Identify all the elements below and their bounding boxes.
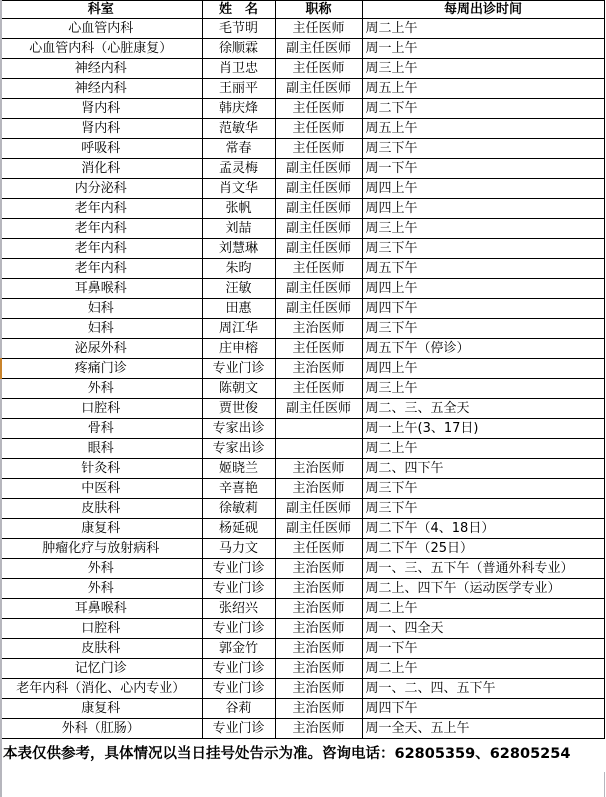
cell-title: 主治医师 bbox=[275, 579, 362, 599]
table-row: 康复科 谷莉 主治医师 周四下午 bbox=[0, 699, 604, 719]
cell-time: 周三下午 bbox=[362, 319, 604, 339]
table-row: 消化科 孟灵梅 副主任医师 周一下午 bbox=[0, 159, 604, 179]
cell-title: 主治医师 bbox=[275, 639, 362, 659]
cell-name: 专业门诊 bbox=[202, 359, 275, 379]
cell-time: 周二上午 bbox=[362, 19, 604, 39]
cell-time: 周一上午(3、17日) bbox=[362, 419, 604, 439]
table-row: 口腔科 贾世俊 副主任医师 周二、三、五全天 bbox=[0, 399, 604, 419]
cell-department: 老年内科（消化、心内专业） bbox=[0, 679, 202, 699]
cell-time: 周一、三、五下午（普通外科专业） bbox=[362, 559, 604, 579]
cell-title: 主治医师 bbox=[275, 599, 362, 619]
cell-title: 主治医师 bbox=[275, 699, 362, 719]
cell-department: 外科 bbox=[0, 559, 202, 579]
table-row: 泌尿外科 庄申榕 主任医师 周五下午（停诊） bbox=[0, 339, 604, 359]
cell-name: 庄申榕 bbox=[202, 339, 275, 359]
cell-time: 周二、四下午 bbox=[362, 459, 604, 479]
table-row: 神经内科 肖卫忠 主任医师 周三上午 bbox=[0, 59, 604, 79]
cell-department: 口腔科 bbox=[0, 399, 202, 419]
cell-department: 老年内科 bbox=[0, 259, 202, 279]
cell-title: 副主任医师 bbox=[275, 199, 362, 219]
table-row: 肾内科 韩庆烽 主任医师 周二下午 bbox=[0, 99, 604, 119]
cell-department: 口腔科 bbox=[0, 619, 202, 639]
cell-time: 周四上午 bbox=[362, 179, 604, 199]
cell-time: 周二上午 bbox=[362, 599, 604, 619]
table-row: 中医科 辛喜艳 主治医师 周三下午 bbox=[0, 479, 604, 499]
table-row: 疼痛门诊 专业门诊 主治医师 周四上午 bbox=[0, 359, 604, 379]
cell-time: 周四下午 bbox=[362, 699, 604, 719]
cell-title: 主任医师 bbox=[275, 59, 362, 79]
cell-time: 周四下午 bbox=[362, 299, 604, 319]
table-row: 骨科 专家出诊 周一上午(3、17日) bbox=[0, 419, 604, 439]
cell-name: 肖卫忠 bbox=[202, 59, 275, 79]
cell-department: 外科 bbox=[0, 579, 202, 599]
cell-name: 姬晓兰 bbox=[202, 459, 275, 479]
cell-department: 内分泌科 bbox=[0, 179, 202, 199]
footer-note: 本表仅供参考，具体情况以当日挂号处告示为准。咨询电话：62805359、6280… bbox=[0, 739, 606, 763]
table-row: 皮肤科 徐敏莉 副主任医师 周三下午 bbox=[0, 499, 604, 519]
cell-name: 肖文华 bbox=[202, 179, 275, 199]
row-marker bbox=[0, 358, 2, 379]
cell-name: 田惠 bbox=[202, 299, 275, 319]
cell-title: 副主任医师 bbox=[275, 219, 362, 239]
cell-name: 辛喜艳 bbox=[202, 479, 275, 499]
header-name: 姓 名 bbox=[202, 1, 275, 19]
cell-title: 主治医师 bbox=[275, 679, 362, 699]
cell-department: 外科 bbox=[0, 379, 202, 399]
table-row: 妇科 田惠 副主任医师 周四下午 bbox=[0, 299, 604, 319]
cell-name: 周江华 bbox=[202, 319, 275, 339]
cell-title: 主治医师 bbox=[275, 559, 362, 579]
cell-time: 周二、三、五全天 bbox=[362, 399, 604, 419]
cell-department: 皮肤科 bbox=[0, 639, 202, 659]
cell-department: 肾内科 bbox=[0, 99, 202, 119]
cell-department: 皮肤科 bbox=[0, 499, 202, 519]
table-row: 老年内科 刘慧琳 副主任医师 周三下午 bbox=[0, 239, 604, 259]
table-row: 外科 专业门诊 主治医师 周二上、四下午（运动医学专业） bbox=[0, 579, 604, 599]
cell-department: 眼科 bbox=[0, 439, 202, 459]
cell-name: 张绍兴 bbox=[202, 599, 275, 619]
cell-name: 贾世俊 bbox=[202, 399, 275, 419]
cell-time: 周一、四全天 bbox=[362, 619, 604, 639]
table-row: 肿瘤化疗与放射病科 马力文 主任医师 周二下午（25日） bbox=[0, 539, 604, 559]
cell-name: 韩庆烽 bbox=[202, 99, 275, 119]
table-row: 耳鼻喉科 张绍兴 主治医师 周二上午 bbox=[0, 599, 604, 619]
cell-title: 主任医师 bbox=[275, 119, 362, 139]
cell-title bbox=[275, 419, 362, 439]
cell-department: 消化科 bbox=[0, 159, 202, 179]
cell-name: 王丽平 bbox=[202, 79, 275, 99]
cell-title: 主治医师 bbox=[275, 359, 362, 379]
cell-time: 周三下午 bbox=[362, 239, 604, 259]
table-row: 老年内科（消化、心内专业） 专业门诊 主治医师 周一、二、四、五下午 bbox=[0, 679, 604, 699]
cell-time: 周五下午 bbox=[362, 259, 604, 279]
cell-time: 周一、二、四、五下午 bbox=[362, 679, 604, 699]
cell-time: 周三下午 bbox=[362, 479, 604, 499]
cell-time: 周二下午（25日） bbox=[362, 539, 604, 559]
cell-time: 周三下午 bbox=[362, 499, 604, 519]
cell-time: 周三下午 bbox=[362, 139, 604, 159]
cell-name: 专家出诊 bbox=[202, 419, 275, 439]
cell-department: 呼吸科 bbox=[0, 139, 202, 159]
table-row: 心血管内科 毛节明 主任医师 周二上午 bbox=[0, 19, 604, 39]
cell-title: 副主任医师 bbox=[275, 519, 362, 539]
cell-title: 主治医师 bbox=[275, 719, 362, 739]
table-row: 眼科 专家出诊 周二上午 bbox=[0, 439, 604, 459]
cell-title: 副主任医师 bbox=[275, 499, 362, 519]
cell-name: 常春 bbox=[202, 139, 275, 159]
cell-department: 肾内科 bbox=[0, 119, 202, 139]
cell-title: 主治医师 bbox=[275, 619, 362, 639]
cell-time: 周四上午 bbox=[362, 359, 604, 379]
cell-time: 周二上午 bbox=[362, 659, 604, 679]
cell-title: 主任医师 bbox=[275, 259, 362, 279]
cell-title: 副主任医师 bbox=[275, 399, 362, 419]
cell-department: 心血管内科（心脏康复） bbox=[0, 39, 202, 59]
cell-department: 康复科 bbox=[0, 519, 202, 539]
cell-title: 副主任医师 bbox=[275, 239, 362, 259]
cell-title: 副主任医师 bbox=[275, 39, 362, 59]
cell-time: 周五上午 bbox=[362, 119, 604, 139]
sheet-right-edge bbox=[604, 772, 605, 797]
header-time: 每周出诊时间 bbox=[362, 1, 604, 19]
cell-name: 汪敏 bbox=[202, 279, 275, 299]
cell-time: 周三上午 bbox=[362, 219, 604, 239]
table-row: 口腔科 专业门诊 主治医师 周一、四全天 bbox=[0, 619, 604, 639]
cell-name: 张帆 bbox=[202, 199, 275, 219]
table-row: 外科 专业门诊 主治医师 周一、三、五下午（普通外科专业） bbox=[0, 559, 604, 579]
cell-time: 周一全天、五上午 bbox=[362, 719, 604, 739]
cell-department: 中医科 bbox=[0, 479, 202, 499]
cell-name: 谷莉 bbox=[202, 699, 275, 719]
cell-name: 毛节明 bbox=[202, 19, 275, 39]
cell-name: 马力文 bbox=[202, 539, 275, 559]
cell-title: 主任医师 bbox=[275, 339, 362, 359]
header-department: 科室 bbox=[0, 1, 202, 19]
cell-name: 专业门诊 bbox=[202, 659, 275, 679]
cell-department: 针灸科 bbox=[0, 459, 202, 479]
cell-title: 主治医师 bbox=[275, 459, 362, 479]
table-row: 肾内科 范敏华 主任医师 周五上午 bbox=[0, 119, 604, 139]
table-row: 皮肤科 郭金竹 主治医师 周一下午 bbox=[0, 639, 604, 659]
header-row: 科室 姓 名 职称 每周出诊时间 bbox=[0, 1, 604, 19]
cell-department: 老年内科 bbox=[0, 239, 202, 259]
cell-name: 孟灵梅 bbox=[202, 159, 275, 179]
cell-name: 专业门诊 bbox=[202, 719, 275, 739]
cell-time: 周四上午 bbox=[362, 199, 604, 219]
cell-name: 范敏华 bbox=[202, 119, 275, 139]
cell-title: 主任医师 bbox=[275, 99, 362, 119]
cell-department: 耳鼻喉科 bbox=[0, 599, 202, 619]
cell-department: 泌尿外科 bbox=[0, 339, 202, 359]
doctor-schedule-table: 科室 姓 名 职称 每周出诊时间 心血管内科 毛节明 主任医师 周二上午 心血管… bbox=[0, 0, 605, 739]
cell-time: 周一上午 bbox=[362, 39, 604, 59]
schedule-sheet: 科室 姓 名 职称 每周出诊时间 心血管内科 毛节明 主任医师 周二上午 心血管… bbox=[0, 0, 606, 797]
table-row: 记忆门诊 专业门诊 主治医师 周二上午 bbox=[0, 659, 604, 679]
cell-department: 妇科 bbox=[0, 299, 202, 319]
sheet-left-edge bbox=[0, 0, 2, 797]
cell-title: 主任医师 bbox=[275, 19, 362, 39]
cell-time: 周四上午 bbox=[362, 279, 604, 299]
cell-title: 主治医师 bbox=[275, 319, 362, 339]
table-row: 神经内科 王丽平 副主任医师 周五上午 bbox=[0, 79, 604, 99]
cell-name: 陈朝文 bbox=[202, 379, 275, 399]
cell-department: 疼痛门诊 bbox=[0, 359, 202, 379]
cell-name: 郭金竹 bbox=[202, 639, 275, 659]
cell-title: 主治医师 bbox=[275, 479, 362, 499]
cell-name: 专业门诊 bbox=[202, 619, 275, 639]
cell-time: 周二下午 bbox=[362, 99, 604, 119]
cell-time: 周三上午 bbox=[362, 379, 604, 399]
cell-name: 徐顺霖 bbox=[202, 39, 275, 59]
cell-title: 副主任医师 bbox=[275, 279, 362, 299]
cell-title: 副主任医师 bbox=[275, 179, 362, 199]
header-title: 职称 bbox=[275, 1, 362, 19]
cell-title: 主任医师 bbox=[275, 539, 362, 559]
cell-time: 周五下午（停诊） bbox=[362, 339, 604, 359]
cell-title: 副主任医师 bbox=[275, 79, 362, 99]
cell-department: 记忆门诊 bbox=[0, 659, 202, 679]
cell-name: 专业门诊 bbox=[202, 559, 275, 579]
cell-name: 专家出诊 bbox=[202, 439, 275, 459]
cell-time: 周三上午 bbox=[362, 59, 604, 79]
cell-name: 刘喆 bbox=[202, 219, 275, 239]
cell-department: 神经内科 bbox=[0, 79, 202, 99]
cell-department: 心血管内科 bbox=[0, 19, 202, 39]
cell-title: 主任医师 bbox=[275, 139, 362, 159]
cell-department: 老年内科 bbox=[0, 199, 202, 219]
cell-department: 神经内科 bbox=[0, 59, 202, 79]
table-row: 外科 陈朝文 主任医师 周三上午 bbox=[0, 379, 604, 399]
cell-time: 周一下午 bbox=[362, 639, 604, 659]
cell-name: 刘慧琳 bbox=[202, 239, 275, 259]
cell-title: 主治医师 bbox=[275, 659, 362, 679]
cell-department: 肿瘤化疗与放射病科 bbox=[0, 539, 202, 559]
table-row: 耳鼻喉科 汪敏 副主任医师 周四上午 bbox=[0, 279, 604, 299]
table-row: 外科（肛肠） 专业门诊 主治医师 周一全天、五上午 bbox=[0, 719, 604, 739]
cell-name: 朱昀 bbox=[202, 259, 275, 279]
cell-department: 妇科 bbox=[0, 319, 202, 339]
cell-time: 周五上午 bbox=[362, 79, 604, 99]
table-row: 老年内科 刘喆 副主任医师 周三上午 bbox=[0, 219, 604, 239]
table-row: 老年内科 朱昀 主任医师 周五下午 bbox=[0, 259, 604, 279]
table-row: 心血管内科（心脏康复） 徐顺霖 副主任医师 周一上午 bbox=[0, 39, 604, 59]
cell-department: 老年内科 bbox=[0, 219, 202, 239]
cell-time: 周一下午 bbox=[362, 159, 604, 179]
cell-time: 周二下午（4、18日） bbox=[362, 519, 604, 539]
cell-department: 康复科 bbox=[0, 699, 202, 719]
table-row: 针灸科 姬晓兰 主治医师 周二、四下午 bbox=[0, 459, 604, 479]
cell-name: 杨延砚 bbox=[202, 519, 275, 539]
cell-title bbox=[275, 439, 362, 459]
table-row: 内分泌科 肖文华 副主任医师 周四上午 bbox=[0, 179, 604, 199]
table-row: 老年内科 张帆 副主任医师 周四上午 bbox=[0, 199, 604, 219]
cell-name: 徐敏莉 bbox=[202, 499, 275, 519]
cell-name: 专业门诊 bbox=[202, 579, 275, 599]
table-row: 妇科 周江华 主治医师 周三下午 bbox=[0, 319, 604, 339]
table-row: 康复科 杨延砚 副主任医师 周二下午（4、18日） bbox=[0, 519, 604, 539]
cell-department: 骨科 bbox=[0, 419, 202, 439]
cell-time: 周二上、四下午（运动医学专业） bbox=[362, 579, 604, 599]
cell-name: 专业门诊 bbox=[202, 679, 275, 699]
table-row: 呼吸科 常春 主任医师 周三下午 bbox=[0, 139, 604, 159]
cell-title: 主任医师 bbox=[275, 379, 362, 399]
cell-title: 副主任医师 bbox=[275, 299, 362, 319]
cell-department: 耳鼻喉科 bbox=[0, 279, 202, 299]
cell-time: 周二上午 bbox=[362, 439, 604, 459]
cell-title: 副主任医师 bbox=[275, 159, 362, 179]
cell-department: 外科（肛肠） bbox=[0, 719, 202, 739]
